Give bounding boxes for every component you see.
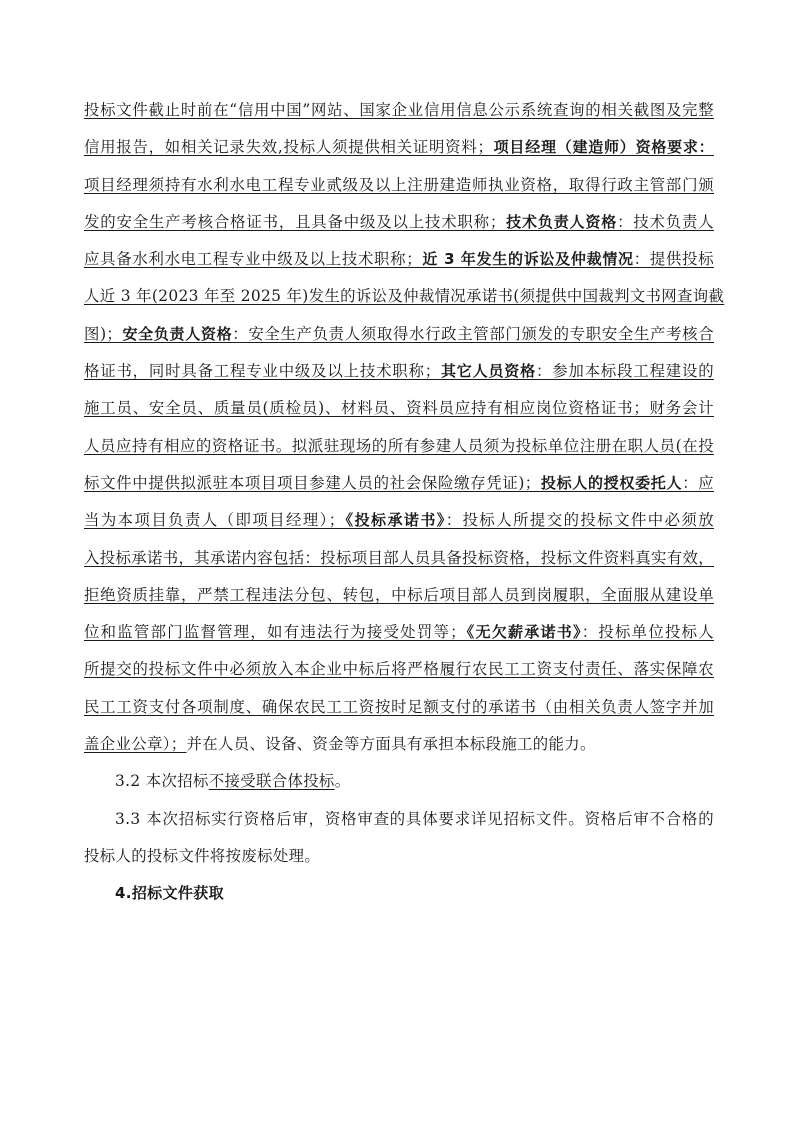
clause-3-3-number: 3.3 [115,810,141,828]
text-run: ：投标单位投标人 [582,623,714,641]
paragraph-line: 位和监管部门监督管理，如有违法行为接受处罚等；《无欠薪承诺书》：投标单位投标人 [84,614,714,651]
paragraph-line: 标文件中提供拟派驻本项目项目参建人员的社会保险缴存凭证)；投标人的授权委托人：应 [84,465,714,502]
text-run: 盖企业公章）； [84,735,187,753]
clause-3-2-number: 3.2 [115,772,141,790]
paragraph-line: 发的安全生产考核合格证书，且具备中级及以上技术职称；技术负责人资格：技术负责人 [84,204,714,241]
paragraph-line: 图)；安全负责人资格：安全生产负责人须取得水行政主管部门颁发的专职安全生产考核合 [84,316,714,353]
text-run: 施工员、安全员、质量员(质检员)、材料员、资料员应持有相应岗位资格证书；财务会计 [84,399,714,417]
clause-3-2-suffix: 。 [335,772,351,790]
clause-3-2-prefix: 本次招标 [146,772,209,790]
text-run: 应具备水利水电工程专业中级及以上技术职称； [84,250,422,268]
paragraph-line: 信用报告，如相关记录失效,投标人须提供相关证明资料；项目经理（建造师）资格要求： [84,129,714,166]
text-run: 并在人员、设备、资金等方面具有承担本标段施工的能力。 [187,735,596,753]
text-run: ：提供投标 [634,250,714,268]
clause-3-2: 3.2 本次招标不接受联合体投标。 [84,763,714,800]
paragraph-line: 人近 3 年(2023 年至 2025 年)发生的诉讼及仲裁情况承诺书(须提供中… [84,278,714,315]
bold-label: 投标人的授权委托人 [541,474,683,492]
text-run: 项目经理须持有水利水电工程专业贰级及以上注册建造师执业资格，取得行政主管部门颁 [84,176,714,194]
bold-label: 《投标承诺书》 [345,511,446,529]
bold-label: 近 3 年发生的诉讼及仲裁情况 [422,250,634,268]
text-run: ：安全生产负责人须取得水行政主管部门颁发的专职安全生产考核合 [232,325,714,343]
text-run: 格证书，同时具备工程专业中级及以上技术职称； [84,362,440,380]
text-run: 图)； [84,325,122,343]
paragraph-line: 应具备水利水电工程专业中级及以上技术职称；近 3 年发生的诉讼及仲裁情况：提供投… [84,241,714,278]
paragraph-line: 拒绝资质挂靠，严禁工程违法分包、转包，中标后项目部人员到岗履职，全面服从建设单 [84,577,714,614]
clause-3-3-line-1: 3.3 本次招标实行资格后审，资格审查的具体要求详见招标文件。资格后审不合格的 [84,801,714,838]
text-run: 民工工资支付各项制度、确保农民工工资按时足额支付的承诺书（由相关负责人签字并加 [84,698,714,716]
paragraph-line: 民工工资支付各项制度、确保农民工工资按时足额支付的承诺书（由相关负责人签字并加 [84,689,714,726]
clause-3-3: 3.3 本次招标实行资格后审，资格审查的具体要求详见招标文件。资格后审不合格的 … [84,801,714,876]
paragraph-line: 所提交的投标文件中必须放入本企业中标后将严格履行农民工工资支付责任、落实保障农 [84,651,714,688]
text-run: ：应 [682,474,714,492]
text-run: 投标文件截止时前在“信用中国”网站、国家企业信用信息公示系统查询的相关截图及完整 [84,101,714,119]
bold-label: 《无欠薪承诺书》 [466,623,582,641]
paragraph-line: 施工员、安全员、质量员(质检员)、材料员、资料员应持有相应岗位资格证书；财务会计 [84,390,714,427]
bidder-qualification-paragraph: 投标文件截止时前在“信用中国”网站、国家企业信用信息公示系统查询的相关截图及完整… [84,92,714,763]
paragraph-line: 人员应持有相应的资格证书。拟派驻现场的所有参建人员须为投标单位注册在职人员(在投 [84,428,714,465]
section-4-heading: 4.招标文件获取 [84,875,714,912]
text-run: 标文件中提供拟派驻本项目项目参建人员的社会保险缴存凭证)； [84,474,541,492]
text-run: 当为本项目负责人（即项目经理）； [84,511,345,529]
text-run: 发的安全生产考核合格证书，且具备中级及以上技术职称； [84,213,506,231]
document-page: 投标文件截止时前在“信用中国”网站、国家企业信用信息公示系统查询的相关截图及完整… [84,92,714,913]
paragraph-line: 项目经理须持有水利水电工程专业贰级及以上注册建造师执业资格，取得行政主管部门颁 [84,167,714,204]
text-run: 信用报告，如相关记录失效,投标人须提供相关证明资料； [84,138,493,156]
bold-label: 安全负责人资格 [122,325,232,343]
paragraph-line: 投标文件截止时前在“信用中国”网站、国家企业信用信息公示系统查询的相关截图及完整 [84,92,714,129]
bold-label: 技术负责人资格 [506,213,617,231]
paragraph-line: 入投标承诺书，其承诺内容包括：投标项目部人员具备投标资格，投标文件资料真实有效， [84,540,714,577]
bold-label: 项目经理（建造师）资格要求： [493,138,714,156]
text-run: ：投标人所提交的投标文件中必须放 [446,511,714,529]
paragraph-line: 盖企业公章）；并在人员、设备、资金等方面具有承担本标段施工的能力。 [84,726,714,763]
text-run: 人员应持有相应的资格证书。拟派驻现场的所有参建人员须为投标单位注册在职人员(在投 [84,437,714,455]
text-run: ：技术负责人 [617,213,714,231]
clause-3-3-line-2: 投标人的投标文件将按废标处理。 [84,838,714,875]
clause-3-2-underlined: 不接受联合体投标 [209,772,335,790]
text-run: 拒绝资质挂靠，严禁工程违法分包、转包，中标后项目部人员到岗履职，全面服从建设单 [84,586,714,604]
paragraph-line: 格证书，同时具备工程专业中级及以上技术职称；其它人员资格：参加本标段工程建设的 [84,353,714,390]
clause-3-3-text: 本次招标实行资格后审，资格审查的具体要求详见招标文件。资格后审不合格的 [146,810,714,828]
text-run: 所提交的投标文件中必须放入本企业中标后将严格履行农民工工资支付责任、落实保障农 [84,660,714,678]
text-run: 人近 3 年(2023 年至 2025 年)发生的诉讼及仲裁情况承诺书(须提供中… [84,287,724,305]
bold-label: 其它人员资格 [440,362,536,380]
text-run: 入投标承诺书，其承诺内容包括：投标项目部人员具备投标资格，投标文件资料真实有效， [84,549,714,567]
text-run: 位和监管部门监督管理，如有违法行为接受处罚等； [84,623,466,641]
text-run: ：参加本标段工程建设的 [536,362,714,380]
paragraph-line: 当为本项目负责人（即项目经理）；《投标承诺书》：投标人所提交的投标文件中必须放 [84,502,714,539]
